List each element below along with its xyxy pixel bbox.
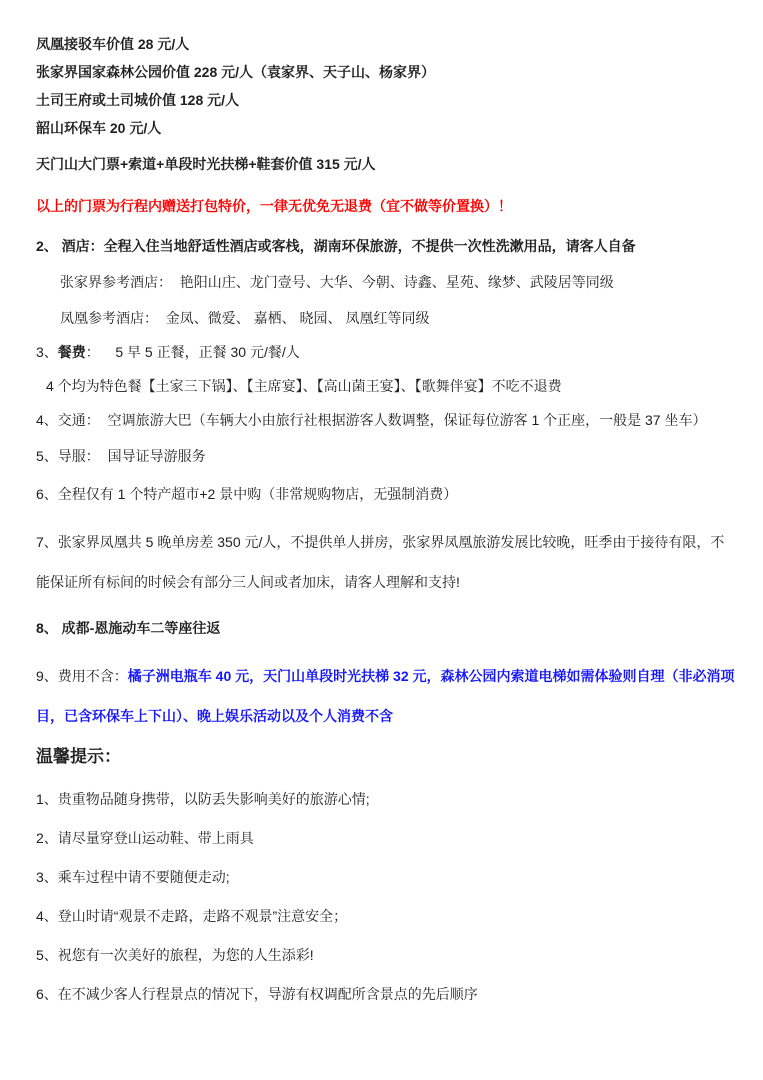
- ticket-line-tusi-palace: 土司王府或土司城价值 128 元/人: [36, 86, 737, 114]
- ticket-line-fenghuang-shuttle: 凤凰接驳车价值 28 元/人: [36, 30, 737, 58]
- tip-wish-good-trip: 5、祝您有一次美好的旅程，为您的人生添彩!: [36, 945, 737, 965]
- ticket-red-notice: 以上的门票为行程内赠送打包特价，一律无优免无退费（宜不做等价置换）！: [36, 196, 737, 216]
- travel-itinerary-document: 凤凰接驳车价值 28 元/人 张家界国家森林公园价值 228 元/人（袁家界、天…: [0, 0, 763, 1080]
- tip-climbing-safety: 4、登山时请“观景不走路，走路不观景”注意安全；: [36, 906, 737, 926]
- ticket-line-forest-park: 张家界国家森林公园价值 228 元/人（袁家界、天子山、杨家界）: [36, 58, 737, 86]
- item-meals-special-list: 4 个均为特色餐【土家三下锅】、【主席宴】、【高山菌王宴】、【歌舞伴宴】不吃不退…: [46, 376, 737, 396]
- item-train-seats: 8、 成都-恩施动车二等座往返: [36, 618, 737, 638]
- ticket-values-block: 凤凰接驳车价值 28 元/人 张家界国家森林公园价值 228 元/人（袁家界、天…: [36, 30, 737, 142]
- item-shopping: 6、全程仅有 1 个特产超市+2 景中购（非常规购物店，无强制消费）: [36, 484, 737, 504]
- item-hotel: 2、 酒店：全程入住当地舒适性酒店或客栈，湖南环保旅游，不提供一次性洗漱用品，请…: [36, 236, 737, 256]
- tip-stay-seated: 3、乘车过程中请不要随便走动;: [36, 867, 737, 887]
- itinerary-items: 2、 酒店：全程入住当地舒适性酒店或客栈，湖南环保旅游，不提供一次性洗漱用品，请…: [36, 236, 737, 736]
- tips-heading: 温馨提示：: [36, 744, 737, 770]
- item-fees-excluded: 9、费用不含：橘子洲电瓶车 40 元，天门山单段时光扶梯 32 元，森林公园内索…: [36, 656, 737, 736]
- item-fees-excluded-blue-text: 橘子洲电瓶车 40 元，天门山单段时光扶梯 32 元，森林公园内索道电梯如需体验…: [36, 668, 735, 724]
- item-hotel-fenghuang-list: 凤凰参考酒店： 金凤、微爱、 嘉栖、 晓园、 凤凰红等同级: [60, 308, 737, 328]
- item-fees-excluded-prefix: 9、费用不含：: [36, 668, 128, 684]
- item-meals: 3、餐费： 5 早 5 正餐，正餐 30 元/餐/人: [36, 342, 737, 362]
- item-guide-service: 5、导服： 国导证导游服务: [36, 446, 737, 466]
- item-transport: 4、交通： 空调旅游大巴（车辆大小由旅行社根据游客人数调整，保证每位游客 1 个…: [36, 410, 737, 430]
- item-meals-detail: ： 5 早 5 正餐，正餐 30 元/餐/人: [86, 344, 300, 360]
- tips-list: 1、贵重物品随身携带，以防丢失影响美好的旅游心情; 2、请尽量穿登山运动鞋、带上…: [36, 789, 737, 1004]
- tip-guide-may-reorder: 6、在不减少客人行程景点的情况下，导游有权调配所含景点的先后顺序: [36, 984, 737, 1004]
- item-single-room-supplement: 7、张家界凤凰共 5 晚单房差 350 元/人，不提供单人拼房，张家界凤凰旅游发…: [36, 522, 737, 602]
- item-meals-label: 餐费: [58, 344, 86, 360]
- tip-shoes-rain-gear: 2、请尽量穿登山运动鞋、带上雨具: [36, 828, 737, 848]
- ticket-line-tianmenshan: 天门山大门票+索道+单段时光扶梯+鞋套价值 315 元/人: [36, 154, 737, 174]
- item-meals-number: 3、: [36, 344, 58, 360]
- ticket-line-shaoshan-bus: 韶山环保车 20 元/人: [36, 114, 737, 142]
- item-hotel-zhangjiajie-list: 张家界参考酒店： 艳阳山庄、龙门壹号、大华、今朝、诗鑫、星苑、缘梦、武陵居等同级: [60, 272, 737, 292]
- tip-valuables: 1、贵重物品随身携带，以防丢失影响美好的旅游心情;: [36, 789, 737, 809]
